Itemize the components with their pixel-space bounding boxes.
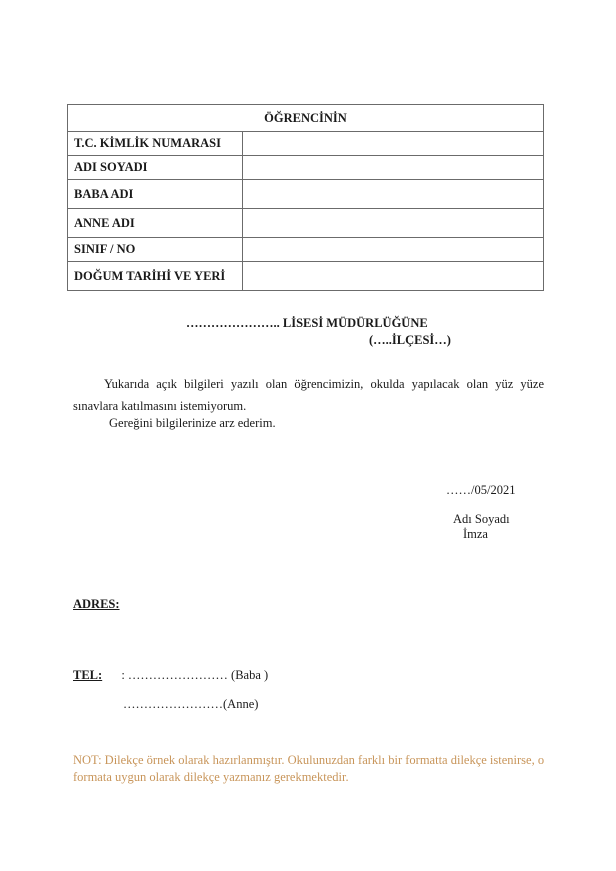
date-line: ……/05/2021 bbox=[446, 483, 515, 498]
body-paragraph: Yukarıda açık bilgileri yazılı olan öğre… bbox=[73, 373, 544, 417]
table-header: ÖĞRENCİNİN bbox=[68, 105, 544, 132]
field-dogum-tarihi[interactable] bbox=[243, 262, 544, 291]
field-sinif-no[interactable] bbox=[243, 238, 544, 262]
row-label-baba-adi: BABA ADI bbox=[68, 180, 243, 209]
tel-father-field: : …………………… (Baba ) bbox=[121, 668, 268, 682]
row-label-anne-adi: ANNE ADI bbox=[68, 209, 243, 238]
note-text: NOT: Dilekçe örnek olarak hazırlanmıştır… bbox=[73, 752, 548, 786]
addressee-line: ………………….. LİSESİ MÜDÜRLÜĞÜNE bbox=[186, 316, 428, 331]
tel-mother-field: ……………………(Anne) bbox=[123, 697, 258, 712]
signature-name-label: Adı Soyadı bbox=[453, 512, 510, 527]
field-adi-soyadi[interactable] bbox=[243, 156, 544, 180]
closing-paragraph: Gereğini bilgilerinize arz ederim. bbox=[109, 416, 276, 431]
row-label-dogum-tarihi: DOĞUM TARİHİ VE YERİ bbox=[68, 262, 243, 291]
row-label-sinif-no: SINIF / NO bbox=[68, 238, 243, 262]
address-label: ADRES: bbox=[73, 597, 120, 612]
table-header-row: ÖĞRENCİNİN bbox=[68, 105, 544, 132]
table-row: ADI SOYADI bbox=[68, 156, 544, 180]
table-row: ANNE ADI bbox=[68, 209, 544, 238]
row-label-adi-soyadi: ADI SOYADI bbox=[68, 156, 243, 180]
field-baba-adi[interactable] bbox=[243, 180, 544, 209]
tel-father-row: TEL: : …………………… (Baba ) bbox=[73, 668, 268, 683]
field-tc-kimlik[interactable] bbox=[243, 132, 544, 156]
table-row: BABA ADI bbox=[68, 180, 544, 209]
table-row: T.C. KİMLİK NUMARASI bbox=[68, 132, 544, 156]
signature-label: İmza bbox=[463, 527, 488, 542]
addressee-district: (…..İLÇESİ…) bbox=[369, 333, 451, 348]
table-row: SINIF / NO bbox=[68, 238, 544, 262]
tel-label: TEL: bbox=[73, 668, 102, 682]
table-row: DOĞUM TARİHİ VE YERİ bbox=[68, 262, 544, 291]
row-label-tc-kimlik: T.C. KİMLİK NUMARASI bbox=[68, 132, 243, 156]
student-info-table: ÖĞRENCİNİN T.C. KİMLİK NUMARASI ADI SOYA… bbox=[67, 104, 544, 291]
field-anne-adi[interactable] bbox=[243, 209, 544, 238]
